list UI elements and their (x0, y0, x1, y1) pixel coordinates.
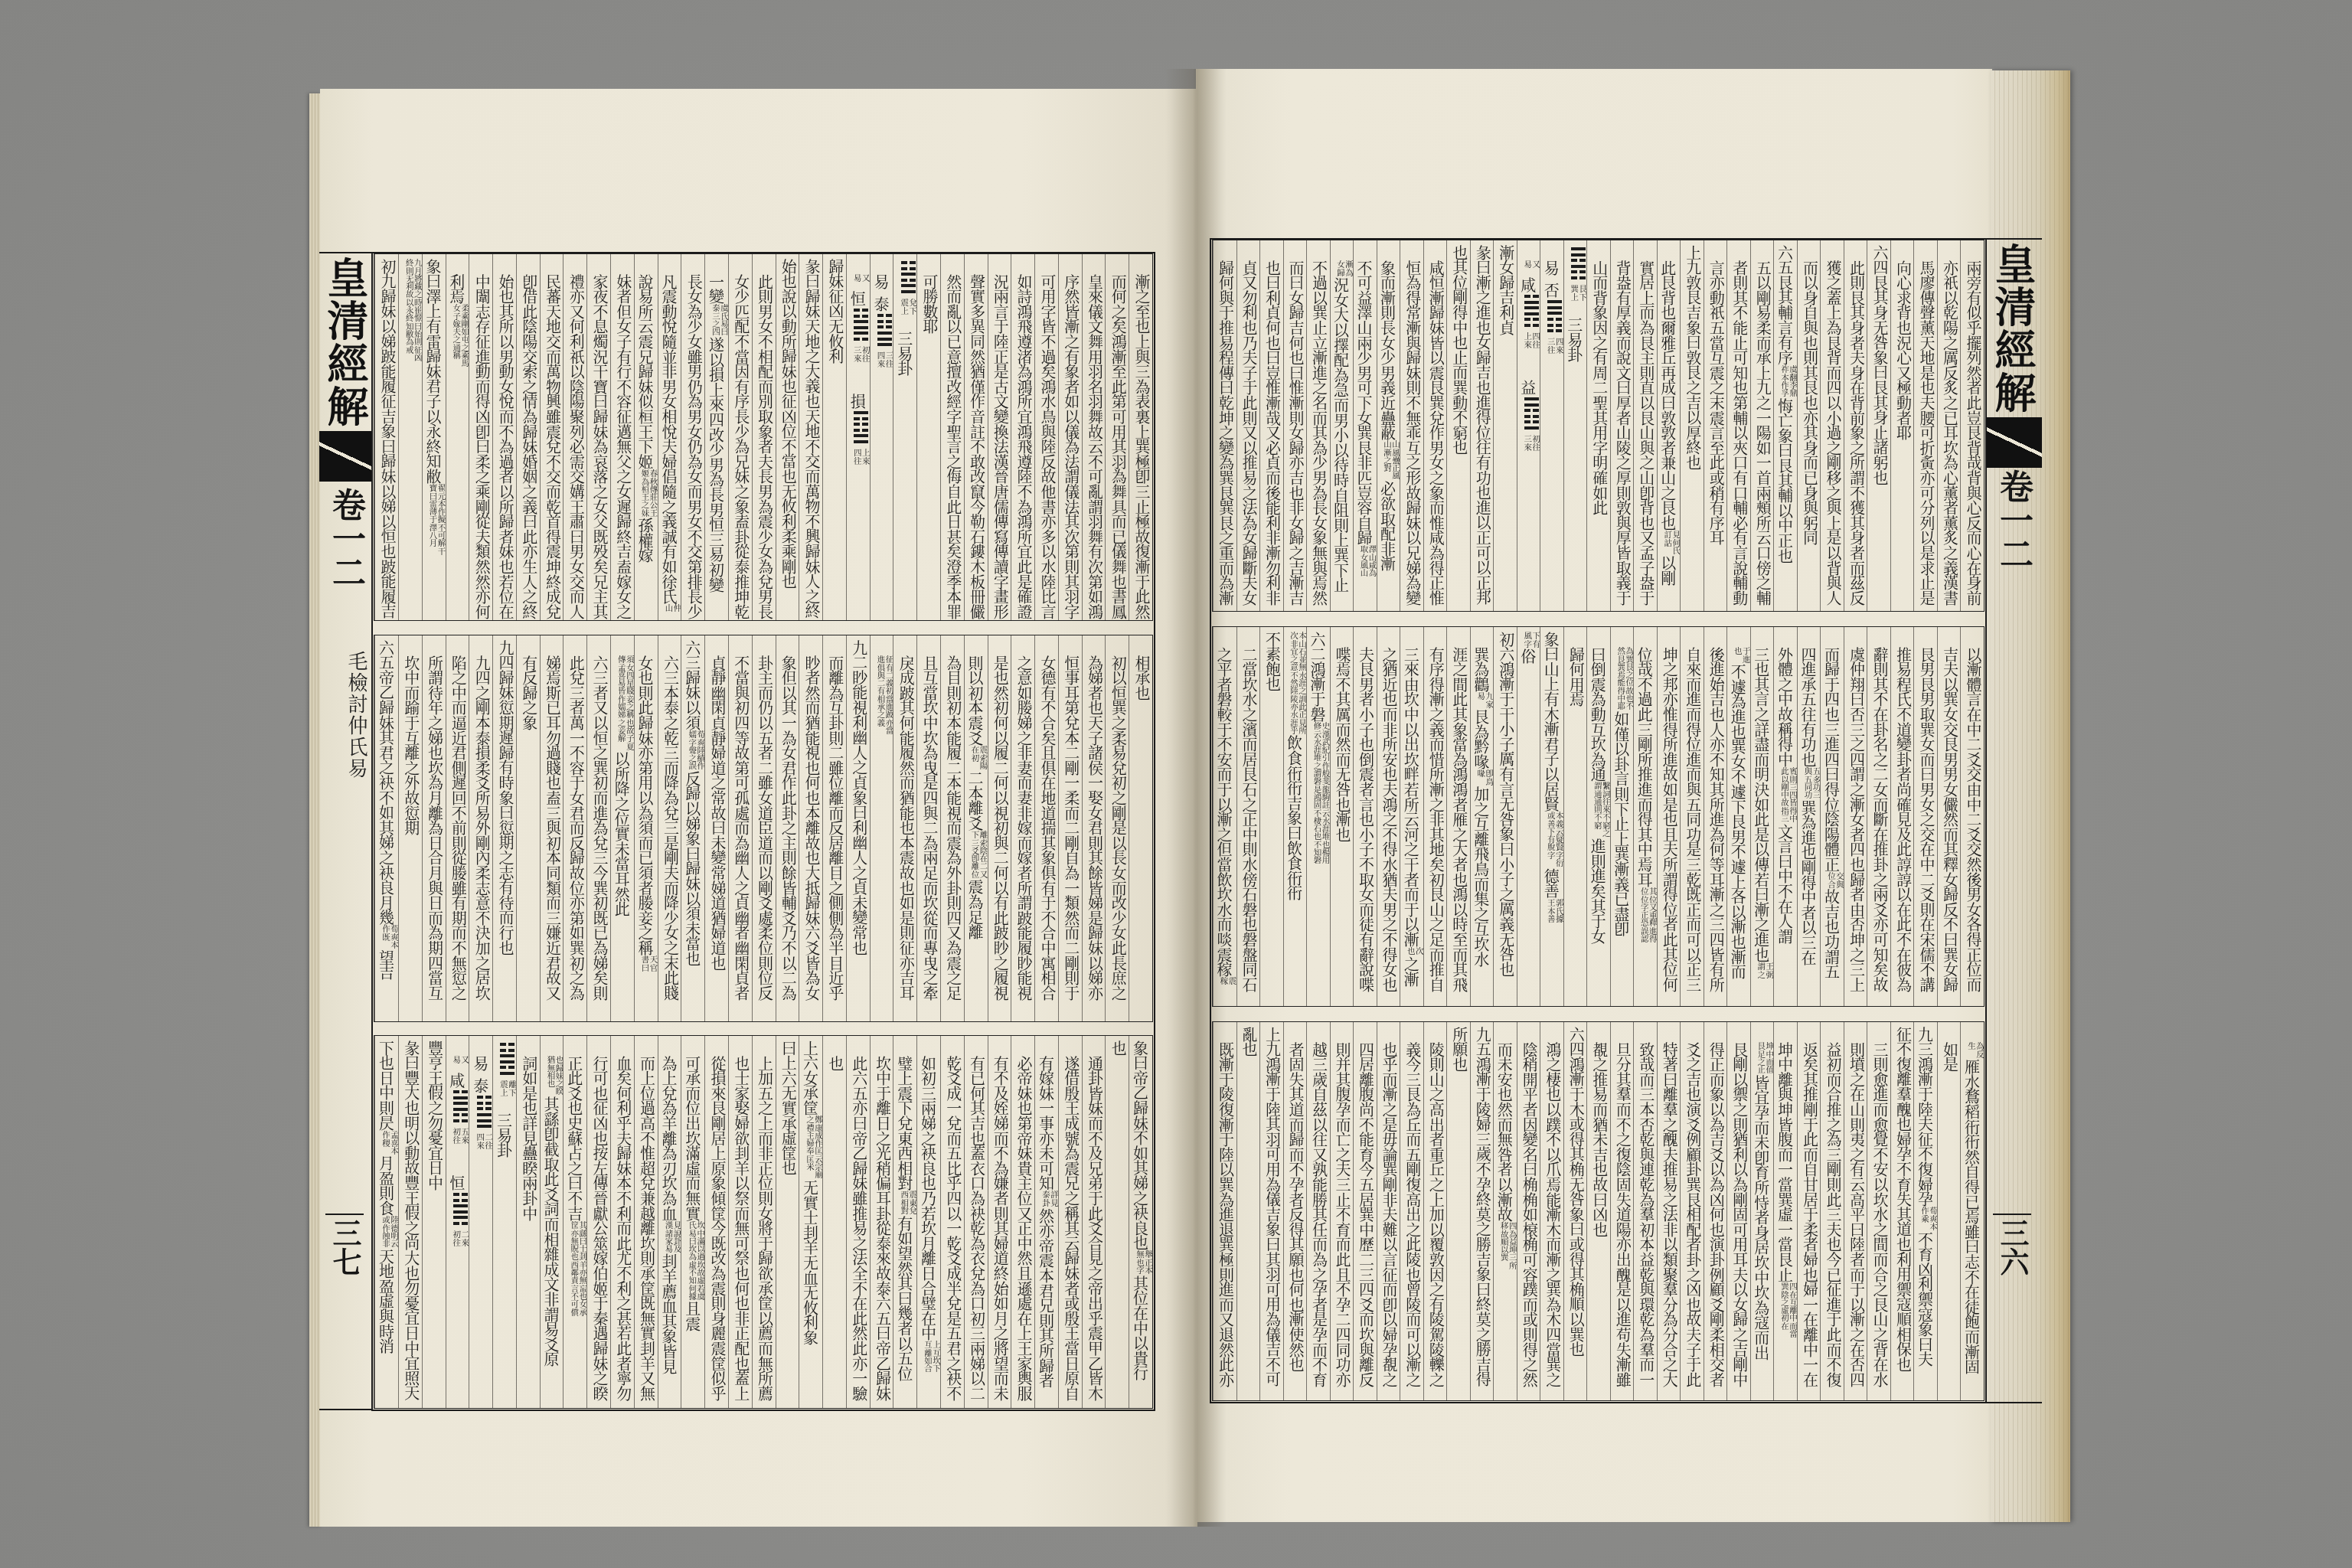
text-column: 貞又勿利也乃夫子于此則又以推易之法為女歸斷夫女 (1236, 240, 1260, 611)
text-run: 九四之剛本泰損柔爻所易外剛內柔志意不決加之居坎 (472, 655, 491, 1001)
text-run: 有嫁妹一事亦未可知 (1036, 1056, 1054, 1191)
text-run: 聲實多異同然猶僅作音註不敢改竄今勒石鏤木板冊儼 (968, 274, 986, 619)
annotation-note: 繫詞往來不窮之謂通通則不窮 (1593, 782, 1610, 838)
text-column: 此艮背也爾雅丘再成曰敦敦者兼山之艮也見何氏訂詁以剛 (1657, 240, 1681, 611)
text-column: 六三者又以恒之巽初而進為兌三今巽初既已為娣矣則 (586, 635, 610, 1021)
page-number: 三七 (325, 1214, 364, 1276)
text-run: 不當與初四等故第可孤處而為幽人之貞幽者幽閑貞者 (732, 655, 750, 1001)
text-column: 女也則此歸妹亦第用以為須而已須者媵妾之稱天官書曰 (634, 635, 658, 1021)
text-run: 之意如媵娣之非妻而妻非嫁而嫁者所謂跛能履眇能視 (1014, 655, 1033, 1001)
text-column: 征不復離羣醜也婦孕不育失其道也利用禦寇順相保也 (1890, 1022, 1914, 1400)
annotation-note: 王弼謂之 (1756, 962, 1773, 980)
text-column: 眇者然而猶能視也何也本離故也大抵歸妹六爻皆為女 (799, 635, 822, 1021)
text-run: 此六五亦曰帝乙歸妹雖推易之法全不在此然此亦一驗 (850, 1056, 868, 1401)
text-run: 不育凶利禦寇象曰夫 (1915, 1232, 1933, 1367)
text-run: 上九敦艮吉象曰敦艮之吉以厚終也 (1684, 245, 1702, 470)
volume-label: 卷一二 (324, 488, 367, 589)
text-run: 此則男女不相配而別取象者夫長男為震少女為兌男長 (756, 274, 774, 619)
text-column: 有不及姪娣而不為嫌者則其婦道終始如月之將望而未 (988, 1036, 1011, 1408)
annotation-note: 舉正本無也字 (1135, 1250, 1152, 1276)
text-run: 初九歸妹以娣跛能履征吉象曰歸妹以娣以恒也跛能履吉 (378, 259, 397, 619)
annotation-note: 下有風字 (1523, 632, 1540, 649)
text-run: 女也則此歸妹亦第用以為須而已須者媵妾之稱 (635, 655, 654, 955)
text-run: 後進始吉也人亦不知其所進為何等耳漸之三四皆有所 (1707, 647, 1725, 992)
text-column: 曰倒震為動互坎為通繫詞往來不窮之謂通通則不窮進則進矣其于女 (1586, 627, 1610, 1006)
text-run: 恒 (848, 291, 866, 306)
text-run: 禮亦又何利祇以陰陽聚列必需交媾王肅曰男女交而人 (567, 274, 585, 619)
text-column: 者固失其道而歸而不孕者反得其願也何也漸使然也 (1283, 1022, 1307, 1400)
annotation-note: 兌下震上 (900, 299, 916, 316)
text-column: 五以剛易柔而承上九之一陽如一首兩頰所云口傍之輔 (1750, 240, 1774, 611)
annotation-note: 四往上來 (1523, 332, 1540, 350)
text-run: 艮為黔喙 (1472, 709, 1490, 769)
text-run: 位哉不過此三剛所推進而得其中焉耳 (1635, 647, 1653, 887)
spacer (1550, 245, 1551, 260)
text-column: 馬廖傳聲薰天地是也夫腰可折夤亦可分列以是求止是 (1913, 240, 1937, 611)
text-run: 六三本泰之乾三而降為兌三是剛夫而降少女之末此賤 (661, 655, 679, 1001)
text-run: 亂也 (1240, 1027, 1258, 1057)
annotation-note: 虞翻李鼎祚本作孚 (1780, 365, 1797, 398)
text-run: 泰 (871, 297, 890, 312)
text-run: 則以初本震爻 (965, 655, 984, 746)
text-run: 返矣其推剛于此而自甘居于柔者婦也婦一在離中一在 (1800, 1042, 1818, 1387)
annotation-note: 翟元本作擬不可解干寶曰雷薄于澤八月 (429, 484, 446, 557)
annotation-note: 孟喜本作稷 (381, 1131, 398, 1156)
annotation-note: 離下震上 (499, 1080, 516, 1098)
text-column: 一變虞氏易曰泰三之四遂以損上來四改少男為長男恒三易初變 (704, 254, 728, 620)
text-run: 家夜不息燭況干寶曰歸妹為哀落之女父既殁矣兄主其 (590, 274, 609, 619)
text-column: 後進始吉也人亦不知其所進為何等耳漸之三四皆有所 (1704, 627, 1727, 1006)
annotation-note: 為反生 (1967, 1042, 1984, 1060)
text-run: 之平者磐較于不安而于以漸之但當飲坎水而啖震稼 (1214, 647, 1233, 977)
text-column: 初六鴻漸于干小子厲有言无咎象曰小子之厲義无咎也 (1493, 627, 1517, 1006)
annotation-note: 本義云疑賢字衍或善下有脫字 (1547, 812, 1563, 868)
left-middle-text-block: 相承也初以恒巽之柔易兌初之剛是以長女而改少女此長庶之為娣者也天子諸侯一娶女君則其… (374, 635, 1153, 1022)
spacer (1527, 269, 1527, 277)
spacer (857, 283, 857, 291)
text-run: 璧上震下兌東西相對 (895, 1056, 913, 1191)
annotation-note: 見何氏訂詁 (1663, 531, 1680, 556)
text-run: 益 (1518, 381, 1537, 396)
text-run: 然亦帝震本君兄則其所歸者 (1036, 1208, 1054, 1388)
text-column: 曰上六无實承虛筐也 (776, 1036, 799, 1408)
text-run: 也其位剛得中也止而巽動不窮也 (1450, 245, 1468, 455)
hexagram-icon (453, 1088, 468, 1128)
text-run: 反歸以娣象曰歸妹以須未當也 (683, 771, 701, 966)
text-run: 不素飽也 (1263, 632, 1282, 691)
text-run: 致哉而三本否乾與連乾為羣初本益乾與環乾為羣而一 (1637, 1042, 1655, 1387)
text-run: 月盈則食 (377, 1156, 395, 1216)
text-column: 漸之至也上與三為表裏上巽極卽三止極故復漸于此然 (1129, 254, 1152, 620)
text-run: 始也說以動所歸妹也征凶位不當也无攸利柔乘剛也 (779, 259, 797, 589)
text-column: 吉夫以巽女交艮男男女儼然而其釋女歸反不曰巽女歸 (1937, 627, 1961, 1006)
annotation-note: 九月將藏之時崔憬曰始則征凶終則无利故以永終知敝為戒 (405, 259, 422, 363)
text-column: 艮男艮男取巽女而曰男女之交在中二爻則在宋儒不講 (1913, 627, 1937, 1006)
text-run: 歸何與于推易程傳曰乾坤之變為巽艮巽艮之重而為漸 (1217, 260, 1235, 606)
text-run: 吉夫以巽女交艮男男女儼然而其釋女歸反不曰巽女歸 (1940, 647, 1958, 992)
text-run: 泰 (471, 1079, 489, 1094)
text-run: 益初而合推之為三剛則此三夫也今已征進于此而不復 (1824, 1042, 1842, 1387)
text-run: 二當坎水之濱而居艮石之正中則水傍石磐也磐盤同石 (1240, 647, 1258, 992)
text-run: 所謂待年之娣也坎為月離為日合月與日而為期四當互 (426, 655, 444, 1001)
text-column: 又易恒初往三來損上來四往 (846, 254, 870, 620)
text-run: 俗 (1518, 649, 1537, 665)
text-run: 孫權嫁 (635, 518, 654, 563)
text-column: 象曰帝乙歸妹不如其娣之袂良也舉正本無也字其位在中以貴行 (1129, 1036, 1152, 1408)
text-run: 必欲取配非漸 (1378, 482, 1396, 572)
text-run: 不可益澤山兩少男可下女巽艮非匹豈容自歸 (1354, 260, 1373, 545)
text-run: 如僅以卦言則下止上巽漸義已盡卽 (1612, 711, 1630, 936)
text-column: 女德有不合矣且俱在地道揣其象俱有于不合中寓相合 (1034, 635, 1058, 1021)
text-column: 娣焉斯已耳勿過賤也盍三與初本同類而三嫌近君故又 (540, 635, 563, 1021)
text-column: 為目則初本能履二本能視而震為外卦則四又為震之足 (940, 635, 964, 1021)
text-run: 刲羊薦血其象皆見 (659, 1254, 678, 1374)
spacer (857, 259, 857, 274)
text-column: 越三歲自茲以往又孰能勝其任而為之孕者是孕而不育 (1306, 1022, 1330, 1400)
annotation-note: 漸為女歸 (1336, 260, 1353, 278)
text-column: 遂借殷王成號為震兄之稱其云歸妹者或殷王當日原自 (1058, 1036, 1082, 1408)
text-column: 六三歸妹以須荀爽陸績作嬬字聲之誤反歸以娣象曰歸妹以須未當也 (681, 635, 704, 1021)
text-run: 象曰澤上有雷歸妹君子以永終知敝 (423, 259, 442, 484)
annotation-note: 五多功三與五同功 (1803, 767, 1820, 800)
collection-title: 皇清經解 (1990, 243, 2036, 414)
text-run: 山而背象因之有周二聖其用字明確如此 (1590, 260, 1609, 515)
hexagram-icon (1524, 292, 1539, 332)
text-run: 如初三兩娣之袂良也乃若坎月離日合璧在中 (918, 1056, 936, 1341)
annotation-note: 初往三來 (1523, 435, 1540, 452)
annotation-note: 上來四往 (853, 449, 870, 466)
text-column: 卽借此陰陽交索之情為歸妹婚姻之義曰此亦生人之終 (516, 254, 540, 620)
volume-label: 卷一二 (1991, 469, 2034, 570)
annotation-note: 春秋傳莊公王姬為桓王之妹 (641, 469, 658, 518)
text-column: 所謂待年之娣也坎為月離為日合月與日而為期四當互 (422, 635, 446, 1021)
text-run: 背盎有厚義而說文曰厚者山陵之厚則敦與厚皆取義于 (1613, 260, 1632, 606)
text-run: 上九鴻漸于陸其羽可用為儀吉象曰其羽可用為儀吉不可 (1263, 1027, 1282, 1387)
hexagram-icon (500, 1040, 514, 1080)
annotation-note: 鄭康成作匡云宗廟之禮主婦奉匡米 (805, 1116, 822, 1180)
text-column: 恒事耳第兌本二剛一柔而二剛自為一類然而二剛則于 (1058, 635, 1082, 1021)
text-run: 初六鴻漸于干小子厲有言无咎象曰小子之厲義无咎也 (1497, 632, 1515, 977)
text-run: 彖曰歸妹天地之大義也天地不交而萬物不興歸妹人之終 (802, 259, 821, 619)
text-run: 其位在中以貴行 (1131, 1276, 1149, 1380)
fish-tail-icon (1987, 417, 2042, 468)
spacer (479, 1071, 480, 1079)
text-run: 從損來艮剛居上原象傾筐今既改為震則身麗震筐似乎 (708, 1056, 727, 1401)
text-run: 不遽為進也巽女不遽下艮男不遽上各以漸也漸而 (1728, 665, 1746, 980)
text-run: 女少匹配不當因有序長少為兄妹之象盍卦從泰推坤乾 (732, 274, 750, 619)
text-column: 須女四星賤妾之稱也故子夏傳孟喜易皆作嬬娣之妾解以所降之位實未當耳然此 (610, 635, 634, 1021)
text-column: 喋焉不其厲而然而无咎也漸也 (1330, 627, 1354, 1006)
text-column: 象而漸則長女少男義近蠱蔽山風蠱正風山漸之對必欲取配非漸 (1377, 240, 1400, 611)
page-number: 三六 (1993, 1214, 2031, 1276)
text-run: 則墳之在山則夷之有云高平曰陸者而于以漸之在否四 (1847, 1042, 1865, 1387)
text-run: 三也其言之詳盡而明決如此是以傳若曰漸之進也 (1752, 647, 1770, 962)
text-run: 漸之至也上與三為表裏上巽極卽三止極故復漸于此然 (1132, 274, 1151, 619)
text-run: 辭則其不在卦名之二女而斷在推卦之兩爻亦可知矣故 (1870, 647, 1889, 992)
text-run: 三則愈進而愈覺不安以坎水之間而合之艮山之背在水 (1870, 1042, 1889, 1387)
text-column: 況兩言于陸正是古文變換法漢晉唐儒傳寫傳讀字畫形 (988, 254, 1011, 620)
text-column: 虞仲翔曰否三之四謂之漸女者四也歸者由否坤之三上 (1844, 627, 1867, 1006)
text-column: 兩旁有似乎擺列然者此豈艮背哉背與心反而心在身前 (1960, 240, 1984, 611)
text-run: 實居上而為艮主則直以艮山與之山卽背也又孟子盎于 (1637, 260, 1655, 606)
left-lower-text-block: 象曰帝乙歸妹不如其娣之袂良也舉正本無也字其位在中以貴行也通卦皆妹而不及兄弟于此爻… (374, 1035, 1153, 1409)
annotation-note: 本山石並無水涯之訓此正見所次非宜之意不然陸陵亦水涯乎 (1289, 632, 1306, 736)
annotation-note: 須女四星賤妾之稱也故子夏傳孟喜易皆作嬬娣之妾解 (617, 655, 634, 752)
text-run: 而歸于四也三進四曰得位陰陽體正 (1821, 647, 1840, 872)
text-run: 豐亨王假之勿憂宜日中 (426, 1040, 444, 1191)
text-column: 又易咸五來初往恒二來初往 (446, 1036, 469, 1408)
text-run: 之猶近也而非所安也夫鴻之不得水猶夫男之不得女也 (1380, 647, 1398, 992)
text-run: 艮男艮男取巽女而曰男女之交在中二爻則在宋儒不講 (1917, 647, 1935, 992)
text-run: 故吉也功謂五 (1821, 890, 1840, 980)
text-run: 易 (1541, 260, 1560, 276)
text-run: 自來而進而得位進而與五同功是三乾既正而可以正三 (1684, 647, 1702, 992)
spacer (503, 1098, 504, 1113)
text-run: 是也然初何以履二何以視初與二何以有此跛眇之履視 (991, 655, 1009, 1001)
text-run: 望吉 (377, 950, 395, 980)
text-column: 始也說以動所歸妹也征凶位不當也无攸利柔乘剛也 (776, 254, 799, 620)
text-run: 可承而位出坎滿虛而無實 (683, 1056, 701, 1221)
text-column: 本山石並無水涯之訓此正見所次非宜之意不然陸陵亦水涯乎飲食衎衎吉象曰飲食衎衎 (1283, 627, 1307, 1006)
text-column: 則并其腹孕而亡之夫三止不育而此且不孕二四同功亦 (1330, 1022, 1354, 1400)
text-run: 坤中離與坤皆腹而一當巽虛一當艮止 (1775, 1042, 1793, 1282)
text-column: 女少匹配不當因有序長少為兄妹之象盍卦從泰推坤乾 (728, 254, 752, 620)
text-run: 六五帝乙歸妹其君之袂不如其娣之袂良月幾 (377, 640, 395, 925)
spacer (456, 1145, 456, 1176)
text-column: 此六五亦曰帝乙歸妹雖推易之法全不在此然此亦一驗 (846, 1036, 870, 1408)
text-run: 坎中而踰于互離之外故愆期 (402, 655, 420, 835)
text-column: 外體之中故稱得中賓則三四皆得中此以剛中故指三文言曰中不在人謂 (1773, 627, 1797, 1006)
annotation-note: 見說卦及漢諸家易 (664, 1221, 681, 1254)
text-column: 序然皆漸之有象者如以儀為法謂儀法其次第則其羽字 (1058, 254, 1082, 620)
text-run: 九三鴻漸于陸夫征不復婦孕 (1915, 1027, 1933, 1207)
text-column: 不可益澤山兩少男可下女巽艮非匹豈容自歸澤山咸為取女風山 (1353, 240, 1377, 611)
text-column: 也 (1105, 1036, 1129, 1408)
annotation-note: 山風蠱正風山漸之對 (1383, 440, 1400, 482)
text-column: 說易所云震兄歸妹似桓王下姬春秋傳莊公王姬為桓王之妹孫權嫁 (634, 254, 658, 620)
annotation-note: 柔乘剛如屯之乘馬女子嫁夫之通稱 (452, 304, 469, 368)
text-column: 戾成跛其何能履然而猶能也本震故也如是則征亦吉耳 (893, 635, 916, 1021)
spacer (1527, 245, 1527, 260)
text-column: 通卦皆妹而不及兄弟于此爻合見之帝出乎震甲乙皆木 (1082, 1036, 1106, 1408)
text-run: 民蕃天地交而萬物興雖震兌不交而乾首得震坤終成兌 (543, 274, 561, 619)
hexagram-icon (854, 409, 868, 449)
text-run: 四進承五往有功也 (1798, 647, 1817, 767)
text-run: 既漸于陵復漸于陸以巽為進退巽極則進而又退然此亦 (1217, 1042, 1235, 1387)
text-run: 利焉 (447, 274, 465, 304)
text-run: 喋焉不其厲而然而无咎也漸也 (1333, 647, 1351, 842)
text-run: 咸 (1518, 277, 1537, 292)
annotation-note: 史漢武紀引作般斐龍駒註云水涯堆也楊用修云水涯堆之謂磐是鴻固不棲石也不知磐 (1313, 722, 1330, 865)
text-column: 于進也不遽為進也巽女不遽下艮男不遽上各以漸也漸而 (1726, 627, 1750, 1006)
text-column: 上加五之上而非正位則女將于歸欲承筐以薦而無所薦 (752, 1036, 776, 1408)
text-column: 可承而位出坎滿虛而無實坎中滿以過坎故虛若虞氏易曰坎為虛不知何據且震 (681, 1036, 704, 1408)
text-run: 文言曰中不在人謂 (1775, 824, 1793, 944)
text-column: 之意如媵娣之非妻而妻非嫁而嫁者所謂跛能履眇能視 (1011, 635, 1034, 1021)
text-column: 彖曰豐大也明以動故豐王假之尚大也勿憂宜日中宜照天 (398, 1036, 422, 1408)
text-run: 正此爻也史蘇占之曰不吉 (565, 1056, 583, 1221)
text-column: 辭則其不在卦名之二女而斷在推卦之兩爻亦可知矣故 (1867, 627, 1890, 1006)
spacer (1527, 350, 1527, 381)
annotation-note: 其位又重釋進得位位字正恐誤認 (1640, 887, 1657, 944)
text-run: 五以剛易柔而承上九之一陽如一首兩頰所云口傍之輔 (1753, 260, 1772, 606)
text-column: 六四艮其身无咎象曰艮其身止諸躬也 (1867, 240, 1890, 611)
text-column: 而何之矣鴻漸至此第可用其羽為舞具而已儀舞也書鳳 (1105, 254, 1129, 620)
annotation-note: 又易 (452, 1056, 469, 1065)
text-run: 亦祇以乾陽之厲反炙之已耳坎為心薰者薰炙之義漢書 (1940, 260, 1958, 606)
text-column: 如詩鴻飛遵渚為鴻所宜鴻飛遵陸不為鴻所宜此是確證 (1011, 254, 1034, 620)
text-run: 況女大以擇配為急而男小以待時自阻則上巽下止 (1331, 278, 1350, 593)
text-column: 自來而進而得位進而與五同功是三乾既正而可以正三 (1680, 627, 1704, 1006)
text-run: 六二鴻漸于磐 (1308, 632, 1326, 722)
annotation-note: 卽鳥喙 (1476, 769, 1493, 787)
text-column: 陷之中而逼近君側遲回不前則從媵雖有期而不無愆之 (446, 635, 469, 1021)
text-column: 益初而合推之為三剛則此三夫也今已征進于此而不復 (1820, 1022, 1844, 1400)
text-column: 歸何與于推易程傳曰乾坤之變為巽艮巽艮之重而為漸 (1213, 240, 1236, 611)
text-column: 向心求背也況心又極動者耶 (1890, 240, 1914, 611)
text-run: 三易卦 (895, 332, 913, 377)
text-run: 說易所云震兄歸妹似桓王下姬 (635, 274, 654, 469)
text-column: 始也其所以男動女悅而不為過者以所歸者妹也若位在 (492, 254, 516, 620)
text-run: 有反歸之象 (520, 655, 538, 730)
text-run: 以剛 (1658, 556, 1677, 586)
annotation-note: 又易 (853, 274, 870, 283)
annotation-note: 次也 (1406, 947, 1423, 956)
annotation-note: 荀爽本作既 (381, 925, 398, 950)
text-column: 三來由坎中以出坎畔若所云河之干者而于以漸次也之漸 (1400, 627, 1423, 1006)
text-column: 返矣其推剛于此而自甘居于柔者婦也婦一在離中一在 (1797, 1022, 1821, 1400)
annotation-note: 坤中而值艮足之止 (1756, 1042, 1773, 1075)
text-column: 象但以其一為女君作此卦之主則餘皆輔爻乃不以二為 (776, 635, 799, 1021)
text-run: 漸女歸吉利貞 (1497, 245, 1515, 335)
text-run: 皇來儀文舞用羽名羽舞故云不可亂謂羽舞有次第如鴻 (1085, 274, 1103, 619)
hexagram-icon (877, 312, 892, 351)
text-column: 九四歸妹愆期遲歸有時象曰愆期之志有待而行也 (492, 635, 516, 1021)
text-column: 上六女承筐鄭康成作匡云宗廟之禮主婦奉匡米无實士刲羊无血无攸利象 (799, 1036, 822, 1408)
text-column: 言亦動祇五當互震之末震言至此或稍有序耳 (1704, 240, 1727, 611)
text-column: 涯之間此其象當為鴻鴻者雁之大者也鴻以時至而其飛 (1446, 627, 1470, 1006)
text-column: 山而背象因之有周二聖其用字明確如此 (1586, 240, 1610, 611)
text-run: 震為足離 (965, 880, 984, 939)
text-column: 四居離腹尚不能育今五居巽中歷二三四爻而坎與離反 (1353, 1022, 1377, 1400)
text-column: 六五艮其輔言有序虞翻李鼎祚本作孚悔亡象曰艮其輔以中正也 (1773, 240, 1797, 611)
text-run: 遂以損上來四改少男為長男恒三易初變 (706, 337, 724, 592)
text-run: 坎中于離日之光稍偏耳卦從泰來故泰六五曰帝乙歸妹 (873, 1056, 891, 1401)
text-column: 四進承五往有功也五多功三與五同功巽為進也剛得中者以三在 (1797, 627, 1821, 1006)
text-run: 彖曰漸之進也女歸吉也進得位往有功也進以正可以正邦 (1473, 245, 1491, 605)
text-run: 序然皆漸之有象者如以儀為法謂儀法其次第則其羽字 (1062, 274, 1080, 619)
text-run: 咸恒漸歸妹皆以震艮巽兌作男女之象而惟咸為得正惟 (1426, 260, 1445, 606)
text-column: 此則艮其身者夫身在背前象之所謂不獲其身者而茲反 (1844, 240, 1867, 611)
text-column: 而未安也然而無咎者以漸故四為益坤三所移故順以巽 (1493, 1022, 1517, 1400)
text-run: 无實士刲羊无血无攸利象 (801, 1180, 819, 1345)
text-column: 血矣何利乎夫歸妹本不利而此尤不利之甚若此者寧勿 (610, 1036, 634, 1408)
annotation-note: 也歸妹之睽猶無相也 (546, 1056, 563, 1097)
text-run: 外體之中故稱得中 (1775, 647, 1793, 767)
text-run: 一變 (706, 274, 724, 304)
text-run: 得正而象以為吉爻以為凶何也演卦例顧爻剛柔相交者 (1707, 1042, 1725, 1387)
text-column: 此兌三者萬一不容于女君而反歸故位亦第如巽初之為 (563, 635, 586, 1021)
text-run: 象但以其一為女君作此卦之主則餘皆輔爻乃不以二為 (779, 655, 797, 1001)
annotation-note: 初往三來 (853, 346, 870, 364)
text-run: 曰倒震為動互坎為通 (1588, 647, 1606, 782)
text-column: 此則男女不相配而別取象者夫長男為震少女為兌男長 (752, 254, 776, 620)
annotation-note: 澤山咸為取女風山 (1360, 545, 1377, 578)
annotation-note: 虞氏易曰泰三之四 (711, 304, 728, 337)
text-column: 則以初本震爻震索陽在初二本離爻離索陰在二又下三爻卽離位震為足離 (964, 635, 988, 1021)
text-run: 之漸 (1401, 956, 1419, 986)
annotation-note: 震索陽在初 (971, 746, 988, 771)
text-run: 六三歸妹以須 (683, 640, 701, 730)
annotation-note: 四為益坤三所移故順以巽 (1500, 1222, 1517, 1271)
text-run: 詞如是也詳見蠱睽兩卦中 (520, 1056, 538, 1221)
text-run: 可勝數耶 (920, 274, 939, 334)
text-column: 如是 (1937, 1022, 1961, 1400)
book-title: 毛檢討仲氏易 (345, 651, 367, 779)
hexagram-icon (1571, 245, 1586, 285)
text-run: 血矣何利乎夫歸妹本不利而此尤不利之甚若此者寧勿 (614, 1056, 632, 1401)
text-run: 初以恒巽之柔易兌初之剛是以長女而改少女此長庶之 (1109, 655, 1127, 1001)
text-column: 亂也 (1236, 1022, 1260, 1400)
left-margin-strip: 皇清經解 卷一二 毛檢討仲氏易 三七 (319, 252, 371, 1410)
text-run: 向心求背也況心又極動者耶 (1893, 260, 1912, 440)
text-column: 家夜不息燭況干寶曰歸妹為哀落之女父既殁矣兄主其 (586, 254, 610, 620)
left-upper-text-block: 漸之至也上與三為表裏上巽極卽三止極故復漸于此然而何之矣鴻漸至此第可用其羽為舞具而… (374, 253, 1153, 621)
text-run: 恒 (447, 1176, 465, 1191)
annotation-note: 征有二義初當進跛亦當進俱與二有相承之義 (876, 655, 893, 736)
hexagram-icon (901, 259, 916, 299)
text-run: 象曰山上有木漸君子以居賢 (1541, 632, 1560, 812)
spacer (880, 289, 880, 297)
text-column: 九月將藏之時崔憬曰始則征凶終則无利故以永終知敝為戒 (398, 254, 422, 620)
text-run: 妹者但女子有行不容征邁無父之女遲歸終吉盍嫁女之 (614, 274, 632, 619)
text-column: 上九鴻漸于陸其羽可用為儀吉象曰其羽可用為儀吉不可 (1259, 1022, 1283, 1400)
text-column: 坎中于離日之光稍偏耳卦從泰來故泰六五曰帝乙歸妹 (870, 1036, 893, 1408)
text-run: 雁水鶩稻衎衎然自得已焉雖曰志不在徒飽而漸固 (1962, 1060, 1981, 1375)
text-column: 六二鴻漸于磐史漢武紀引作般斐龍駒註云水涯堆也楊用修云水涯堆之謂磐是鴻固不棲石也不… (1306, 627, 1330, 1006)
hexagram-icon (453, 1191, 468, 1230)
text-run: 為上兌為羊離為刃坎為血 (659, 1056, 678, 1221)
annotation-note: 荀爽本作乘 (1920, 1207, 1937, 1232)
text-run: 二本離爻 (965, 771, 984, 831)
text-run: 易 (871, 274, 890, 289)
text-column: 也曰利貞何也曰豈惟漸哉又必貞而後能利非漸勿利非 (1259, 240, 1283, 611)
text-run: 而何之矣鴻漸至此第可用其羽為舞具而已儀舞也書鳳 (1109, 274, 1127, 619)
text-run: 必帝妹也第帝妹貴主位又正中然且遜處在上王家輿服 (1014, 1056, 1033, 1401)
text-column: 夫艮男者小子也倒震者言也小子不取女而徒有辭說喋 (1353, 627, 1377, 1006)
text-run: 為娣者也天子諸侯一娶女君則其餘皆娣是歸妹以娣亦 (1085, 655, 1103, 1001)
text-run: 中闈志存征進動而得凶卽曰柔之乘剛從夫類然然亦何 (472, 274, 491, 619)
text-run: 言亦動祇五當互震之末震言至此或稍有序耳 (1707, 260, 1725, 545)
text-column: 推易程氏不道變卦者尚確見及此諄諄以在此不在彼為 (1890, 627, 1914, 1006)
spacer (903, 316, 904, 332)
text-run: 旦分其羣而不之復陰固失道陽亦出醜是以進苟失漸雖 (1613, 1042, 1632, 1387)
right-upper-text-block: 兩旁有似乎擺列然者此豈艮背哉背與心反而心在身前亦祇以乾陽之厲反炙之已耳坎為心薰者… (1212, 240, 1984, 612)
text-run: 乾爻成一兌而五比乎四以一乾爻成半兌是五君之袂不 (944, 1056, 962, 1401)
text-run: 者則其不能止可知也第輔以夾口有口輔必有言說輔動 (1730, 260, 1749, 606)
text-column: 易否四來三往 (1540, 240, 1563, 611)
text-run: 象而漸則長女少男義近蠱蔽 (1378, 260, 1396, 440)
text-column: 九五鴻漸于陵婦三歲不孕終莫之勝吉象曰終莫之勝吉得 (1470, 1022, 1494, 1400)
text-run: 通卦皆妹而不及兄弟于此爻合見之帝出乎震甲乙皆木 (1085, 1056, 1103, 1401)
text-column: 可勝數耶 (916, 254, 940, 620)
hexagram-icon (1547, 298, 1562, 338)
annotation-note: 坎中滿以過坎故虛若虞氏易曰坎為虛不知何據 (688, 1221, 704, 1302)
text-run: 咸 (447, 1073, 465, 1088)
text-column: 九三鴻漸于陸夫征不復婦孕荀爽本作乘不育凶利禦寇象曰夫 (1913, 1022, 1937, 1400)
text-column: 致哉而三本否乾與連乾為羣初本益乾與環乾為羣而一 (1633, 1022, 1657, 1400)
text-run: 坤之邦亦惟得所進故如是也且夫所謂得位者此其位何 (1660, 647, 1678, 992)
